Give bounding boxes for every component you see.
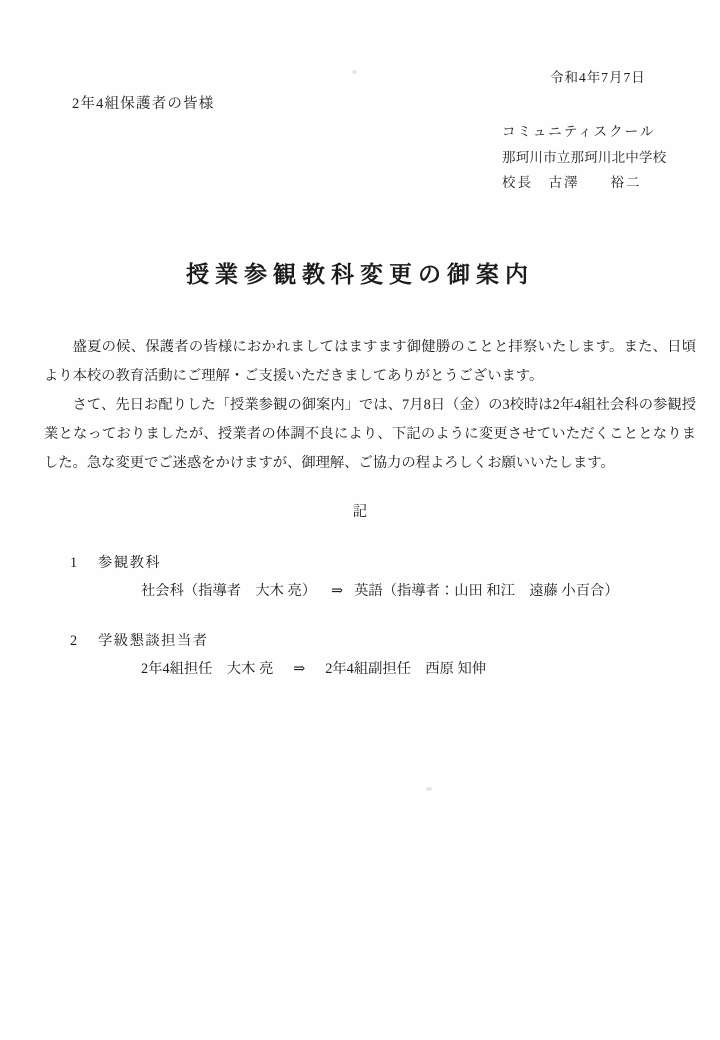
paragraph-greeting: 盛夏の候、保護者の皆様におかれましてはますます御健勝のことと拝察いたします。また… xyxy=(44,333,696,391)
change-before: 2年4組担任 大木 亮 xyxy=(141,661,273,677)
change-after: 2年4組副担任 西原 知伸 xyxy=(325,661,486,677)
change-arrow-icon: ⇒ xyxy=(331,583,343,599)
document-title: 授業参観教科変更の御案内 xyxy=(0,256,720,289)
change-before: 社会科（指導者 大木 亮） xyxy=(141,583,316,599)
change-after: 英語（指導者：山田 和江 遠藤 小百合） xyxy=(354,583,619,599)
sender-block: コミュニティスクール 那珂川市立那珂川北中学校 校長 古澤 裕二 xyxy=(502,119,666,196)
item-heading-row: 1参観教科 xyxy=(70,552,619,572)
scan-speck xyxy=(352,70,357,74)
notice-item-subject: 1参観教科 社会科（指導者 大木 亮）⇒英語（指導者：山田 和江 遠藤 小百合） xyxy=(70,552,619,600)
item-number: 2 xyxy=(70,633,83,650)
document-page: 令和4年7月7日 2年4組保護者の皆様 コミュニティスクール 那珂川市立那珂川北… xyxy=(0,0,720,1040)
sender-school: 那珂川市立那珂川北中学校 xyxy=(502,145,666,171)
issue-date: 令和4年7月7日 xyxy=(550,66,646,86)
record-marker: 記 xyxy=(0,500,720,521)
item-content: 社会科（指導者 大木 亮）⇒英語（指導者：山田 和江 遠藤 小百合） xyxy=(141,580,619,600)
item-content: 2年4組担任 大木 亮⇒2年4組副担任 西原 知伸 xyxy=(141,658,486,678)
item-number: 1 xyxy=(70,555,83,572)
sender-principal: 校長 古澤 裕二 xyxy=(502,170,666,196)
notice-item-homeroom: 2学級懇談担当者 2年4組担任 大木 亮⇒2年4組副担任 西原 知伸 xyxy=(70,630,486,678)
scan-speck xyxy=(426,787,432,791)
paragraph-main: さて、先日お配りした「授業参観の御案内」では、7月8日（金）の3校時は2年4組社… xyxy=(44,391,696,478)
addressee: 2年4組保護者の皆様 xyxy=(72,92,215,113)
sender-organization: コミュニティスクール xyxy=(502,119,666,145)
change-arrow-icon: ⇒ xyxy=(293,661,305,677)
body-text: 盛夏の候、保護者の皆様におかれましてはますます御健勝のことと拝察いたします。また… xyxy=(44,333,696,478)
item-heading: 学級懇談担当者 xyxy=(98,633,209,649)
item-heading: 参観教科 xyxy=(98,555,161,571)
item-heading-row: 2学級懇談担当者 xyxy=(70,630,486,650)
